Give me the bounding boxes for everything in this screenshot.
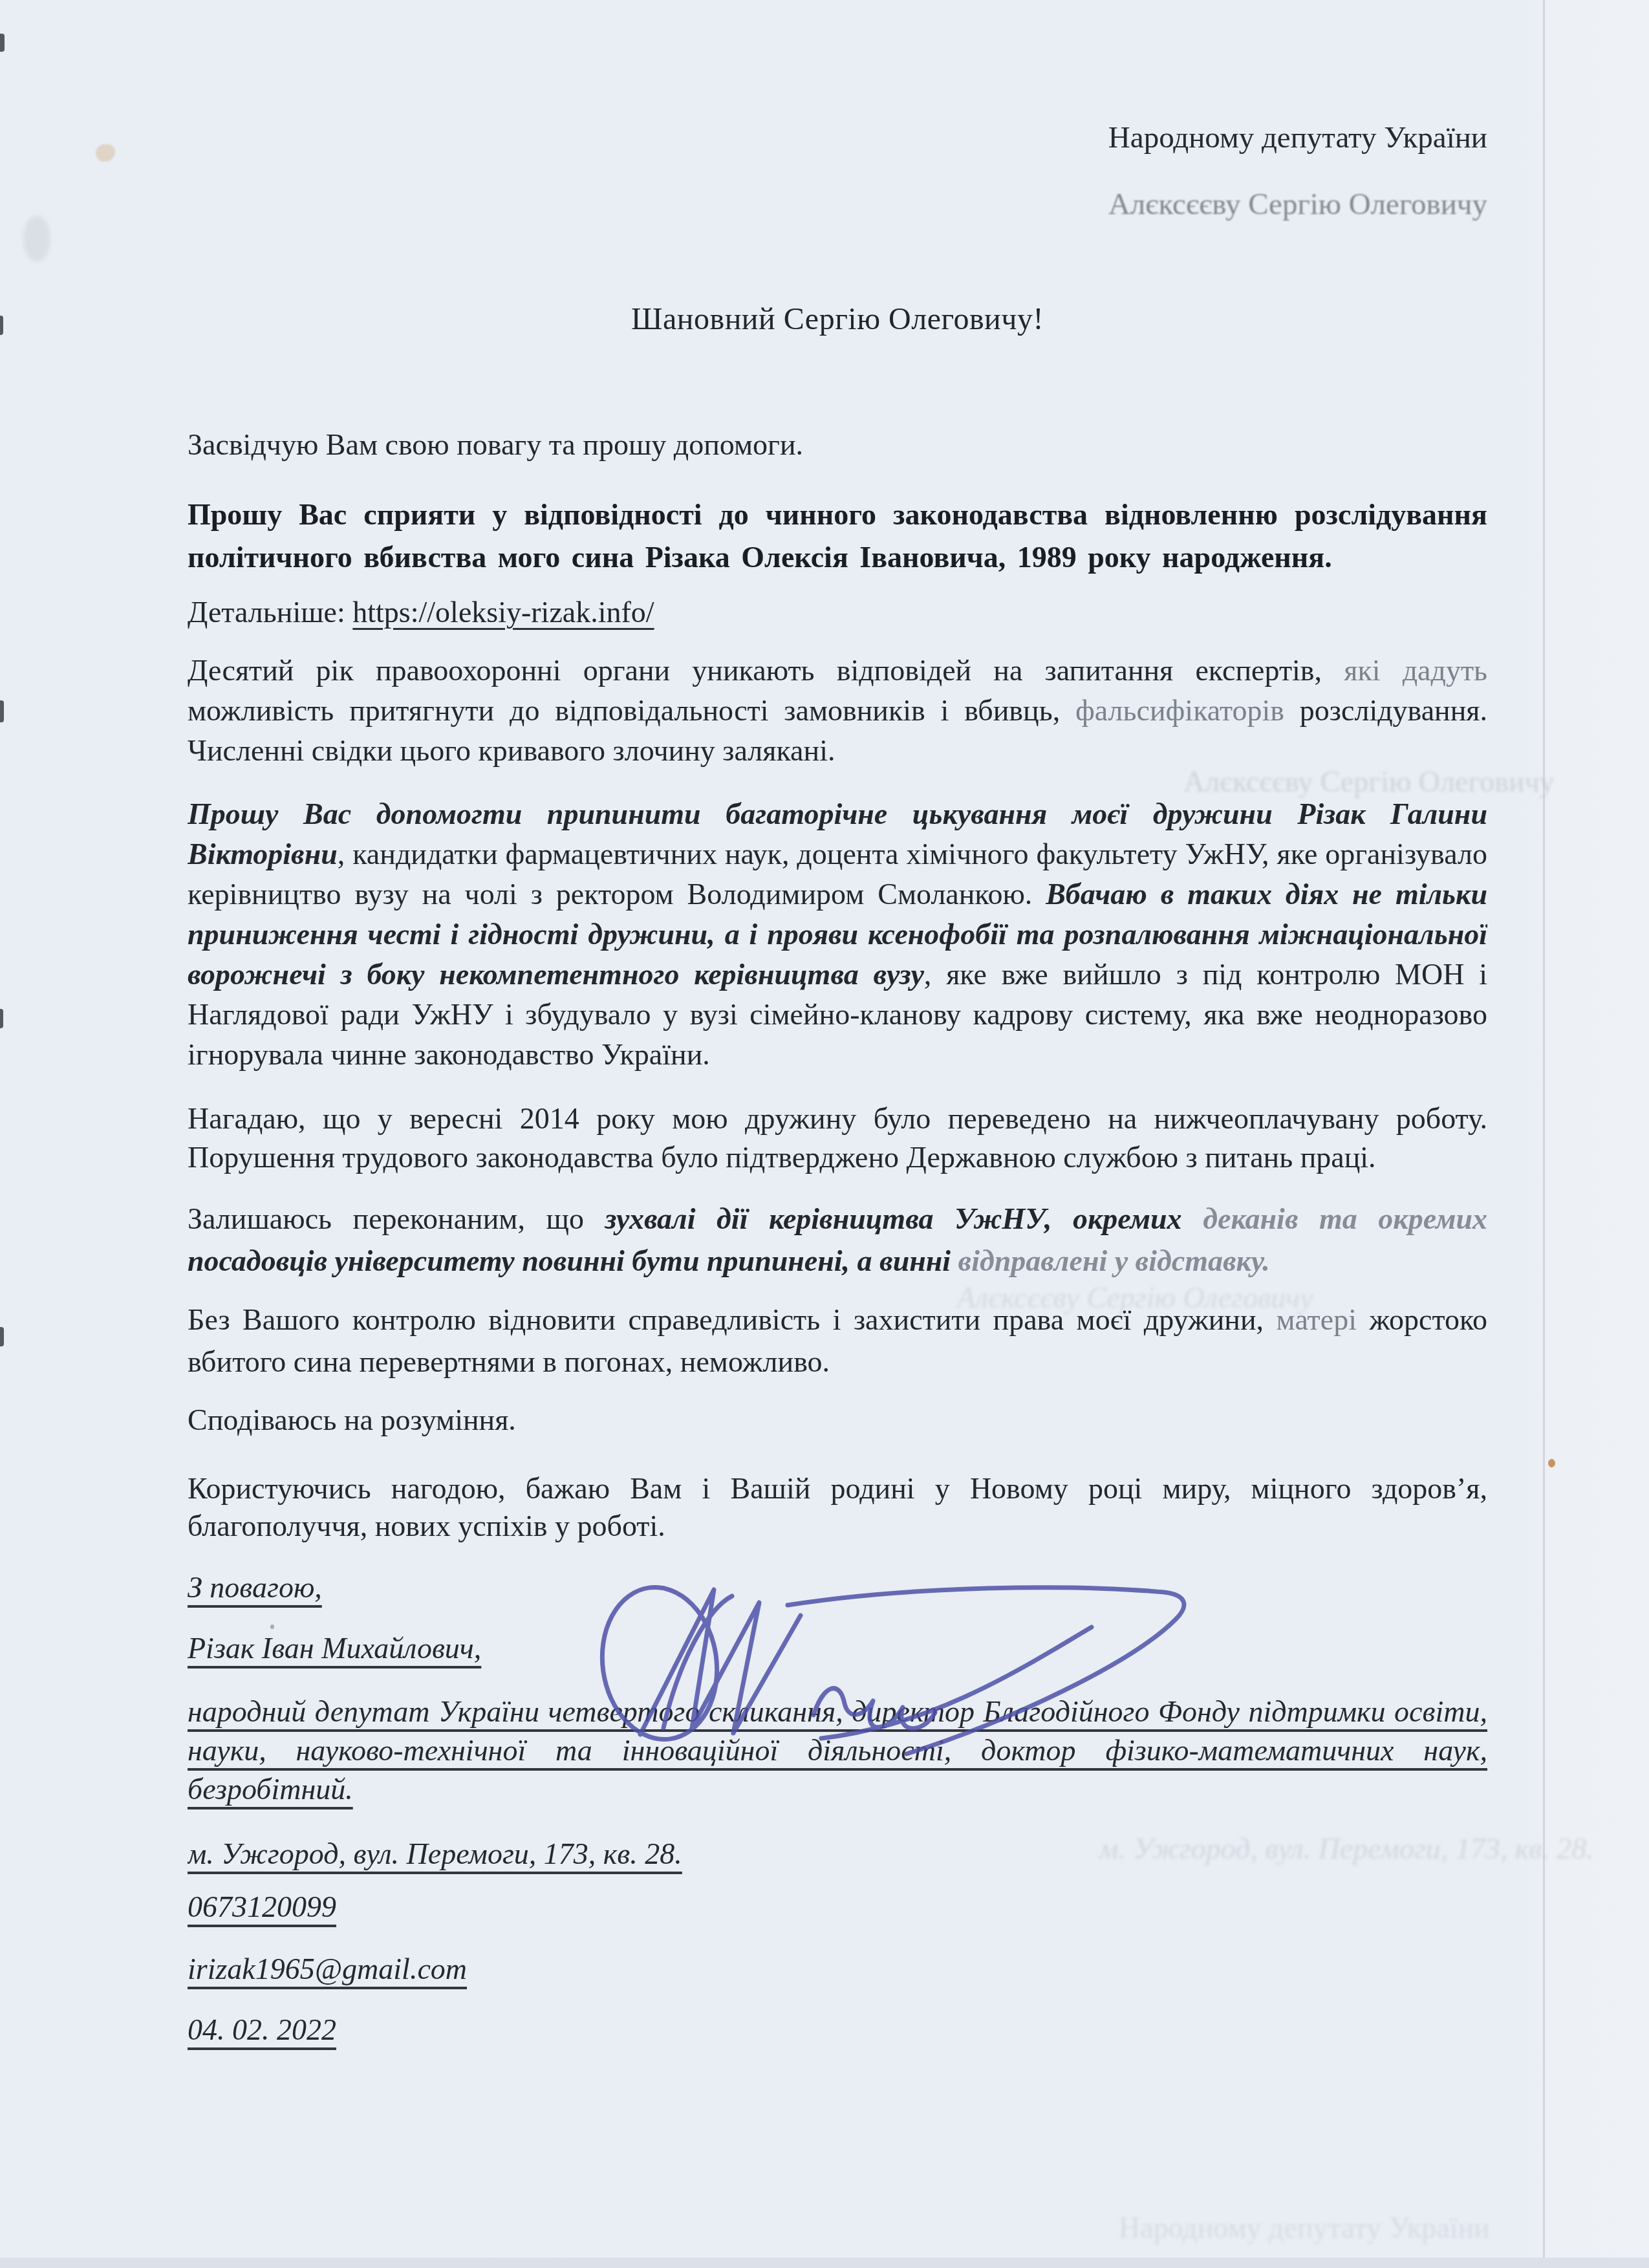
- scan-edge-mark: [0, 316, 3, 335]
- text-run: Залишаюсь переконаним, що: [188, 1202, 605, 1235]
- letter-page: Народному депутату України Алєксєєву Сер…: [0, 0, 1649, 2268]
- paragraph-remind: Нагадаю, що у вересні 2014 року мою друж…: [188, 1099, 1487, 1177]
- ghost-bleed-text: Народному депутату України: [1119, 2210, 1490, 2245]
- text-run-faded: відправлені у відставку.: [958, 1244, 1270, 1277]
- scan-edge-mark: [0, 34, 5, 52]
- scan-edge-mark: [0, 700, 4, 722]
- paragraph-tenth-year: Десятий рік правоохоронні органи уникают…: [188, 651, 1487, 771]
- paragraph-respect: Засвідчую Вам свою повагу та прошу допом…: [188, 424, 1487, 465]
- details-label: Детальніше:: [188, 596, 345, 629]
- scan-bottom-band: [0, 2258, 1649, 2268]
- paragraph-hope: Сподіваюсь на розуміння.: [188, 1399, 1487, 1440]
- text-run-faded: які дадуть: [1344, 654, 1487, 687]
- recipient-title: Народному депутату України: [188, 118, 1487, 157]
- paper-stain: [96, 144, 115, 162]
- paragraph-help: Прошу Вас допомогти припинити багаторічн…: [188, 794, 1487, 1075]
- details-link[interactable]: https://oleksiy-rizak.info/: [352, 596, 654, 629]
- paragraph-request: Прошу Вас сприяти у відповідності до чин…: [188, 493, 1487, 579]
- ghost-bleed-text: Алєксєєву Сергію Олеговичу: [957, 1280, 1313, 1315]
- sender-name: Різак Іван Михайлович,: [188, 1629, 1487, 1668]
- ink-dot: [1548, 1459, 1555, 1467]
- text-run-faded: фальсифікаторів: [1075, 694, 1284, 727]
- letter-date: 04. 02. 2022: [188, 2011, 1487, 2049]
- paper-smudge: [23, 215, 50, 262]
- text-run-bold-italic: зухвалі дії керівництва УжНУ, окремих: [605, 1202, 1203, 1235]
- scan-edge-mark: [0, 1009, 3, 1028]
- paragraph-details: Детальніше: https://oleksiy-rizak.info/: [188, 592, 1487, 632]
- closing-regards: З повагою,: [188, 1568, 1487, 1607]
- ghost-bleed-text: Алєксєєву Сергію Олеговичу: [1183, 764, 1555, 799]
- sender-description: народний депутат України четвертого скли…: [188, 1692, 1487, 1809]
- scan-edge-line: [1543, 0, 1545, 2268]
- ghost-bleed-text: м. Ужгород, вул. Перемоги, 173, кв. 28.: [1099, 1831, 1594, 1866]
- text-run: можливість притягнути до відповідальност…: [188, 694, 1075, 727]
- paragraph-convinced: Залишаюсь переконаним, що зухвалі дії ке…: [188, 1198, 1487, 1282]
- text-run: Десятий рік правоохоронні органи уникают…: [188, 654, 1344, 687]
- sender-email[interactable]: irizak1965@gmail.com: [188, 1950, 1487, 1989]
- text-run-bold-italic: посадовців університету повинні бути при…: [188, 1244, 958, 1277]
- letter-content: Народному депутату України Алєксєєву Сер…: [188, 0, 1487, 2268]
- paragraph-wishes: Користуючись нагодою, бажаю Вам і Вашій …: [188, 1470, 1487, 1545]
- recipient-name: Алєксєєву Сергію Олеговичу: [188, 185, 1487, 224]
- sender-phone[interactable]: 0673120099: [188, 1888, 1487, 1927]
- salutation: Шановний Сергію Олеговичу!: [188, 300, 1487, 339]
- text-run-faded: деканів та окремих: [1203, 1202, 1487, 1235]
- paper-speck: [270, 1625, 274, 1629]
- scan-edge-mark: [0, 1327, 4, 1346]
- scanned-letter-page: { "header": { "line1": "Народному депута…: [0, 0, 1649, 2268]
